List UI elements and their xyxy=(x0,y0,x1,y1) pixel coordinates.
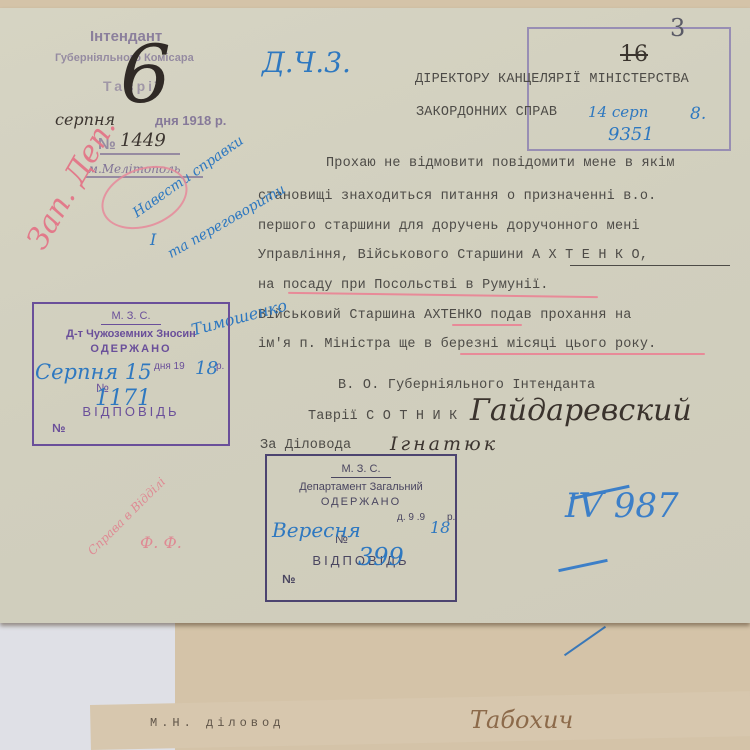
body-line-4: Управління, Військового Старшини А Х Т Е… xyxy=(258,248,648,263)
stamp-left-title: М. З. С. xyxy=(34,310,228,322)
name-underline xyxy=(570,265,730,266)
stamp-left-date-handwritten: Серпня 15 xyxy=(35,360,152,384)
stamp-left-number-handwritten: 1171 xyxy=(95,386,151,411)
body-line-5: на посаду при Посольстві в Румунії. xyxy=(258,278,549,293)
stamp-bottom-date-printed: д. 9 .9 xyxy=(397,512,425,523)
addressee-line2: ЗАКОРДОННИХ СПРАВ xyxy=(416,105,557,120)
underlying-typed-text: М.Н. діловод xyxy=(150,716,284,730)
stamp-bottom-reply-number: № xyxy=(282,572,295,586)
registration-year-handwritten: 8. xyxy=(690,104,706,124)
stamp-bottom-title: М. З. С. xyxy=(267,463,455,475)
header-number-underline xyxy=(100,153,180,155)
stamp-left-reply-number: № xyxy=(52,421,65,435)
registration-number-handwritten: 9351 xyxy=(608,124,654,145)
stamp-left-received: ОДЕРЖАНО xyxy=(34,343,228,355)
underlying-signature: Табохич xyxy=(470,706,573,734)
reference-handwritten: Д.Ч.3. xyxy=(262,46,351,79)
officer-signature: Гайдаревский xyxy=(470,393,692,428)
stamp-bottom-received: ОДЕРЖАНО xyxy=(267,496,455,508)
red-note: Зап. Деп. xyxy=(20,112,123,256)
red-underline-3 xyxy=(460,353,705,355)
margin-note-roman: I xyxy=(150,230,156,249)
stamp-bottom-number-handwritten: 399 xyxy=(358,543,404,571)
signature-title-line1: В. О. Губерніяльного Інтенданта xyxy=(338,378,595,393)
stamp-bottom-dept: Департамент Загальний xyxy=(267,481,455,493)
stamp-left-year-handwritten: 18 xyxy=(195,358,218,379)
day-handwritten: 6 xyxy=(120,28,171,121)
header-date-printed: дня 1918 р. xyxy=(155,113,226,128)
stamp-left-sep xyxy=(101,324,161,325)
signature-title-line2: Таврії С О Т Н И К xyxy=(308,409,457,424)
registration-date-handwritten: 14 серп xyxy=(588,103,648,121)
clerk-label: За Діловода xyxy=(260,438,351,453)
addressee-line1: ДІРЕКТОРУ КАНЦЕЛЯРІЇ МІНІСТЕРСТВА xyxy=(415,72,689,87)
stamp-left-date-printed: дня 19 xyxy=(154,361,185,372)
clerk-signature: Ігнатюк xyxy=(390,433,498,455)
red-underline-2 xyxy=(452,324,522,326)
stamp-bottom-year-handwritten: 18 xyxy=(430,518,450,537)
archive-mark-underline xyxy=(558,559,608,572)
stamp-bottom-sep xyxy=(331,477,391,478)
body-line-1: Прохаю не відмовити повідомити мене в як… xyxy=(326,156,675,171)
crossed-number: 16 xyxy=(620,42,648,67)
body-line-7: ім'я п. Міністра ще в березні місяці цьо… xyxy=(258,337,656,352)
page-number: 3 xyxy=(670,14,685,42)
body-line-2: становищі знаходиться питання о призначе… xyxy=(258,189,656,204)
body-line-3: першого старшини для доручень доручонног… xyxy=(258,219,640,234)
header-number-handwritten: 1449 xyxy=(120,130,166,151)
stamp-left-dept: Д-т Чужоземних Зносин xyxy=(34,328,228,340)
document-page: Інтендант Губерніяльного Комісара Таврії… xyxy=(0,8,750,623)
red-initials: Ф. Ф. xyxy=(140,533,182,552)
body-line-6: Військовий Старшина АХТЕНКО подав прохан… xyxy=(258,308,632,323)
stamp-bottom-date-handwritten: Вересня xyxy=(272,518,361,542)
archive-mark: IV 987 xyxy=(565,486,679,526)
